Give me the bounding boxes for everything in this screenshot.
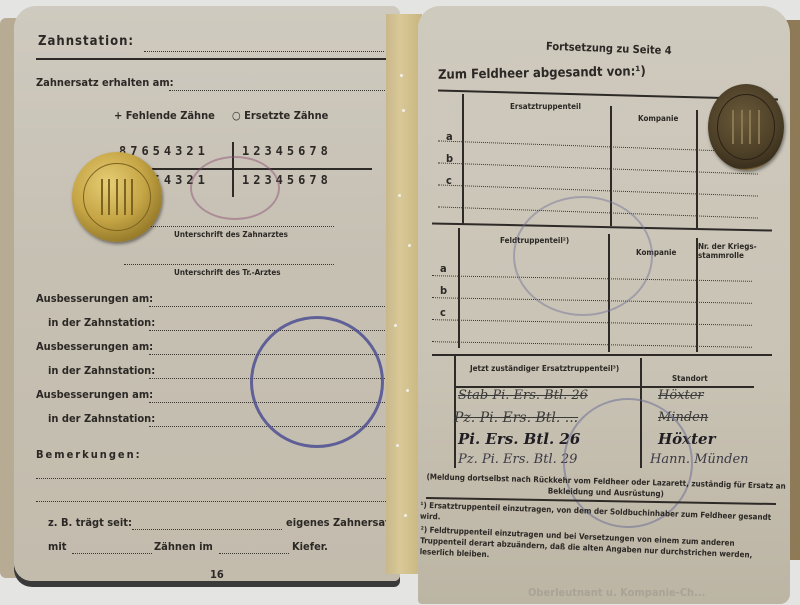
page-number: 16 — [210, 568, 224, 581]
repair-2-label: Ausbesserungen am: — [36, 340, 153, 353]
repair-1-line — [149, 306, 387, 307]
unit-entry-2: Pz. Pi. Ers. Btl. ... — [454, 410, 578, 426]
table3-header-location: Standort — [672, 374, 708, 383]
table1-header-company: Kompanie — [638, 114, 678, 123]
dentist-signature-label: Unterschrift des Zahnarztes — [174, 230, 288, 239]
remarks-line-1 — [36, 478, 388, 479]
repair-3-label: Ausbesserungen am: — [36, 388, 153, 401]
table2-row-c: c — [440, 306, 446, 319]
remarks-line-2 — [36, 501, 388, 502]
legend-missing: + Fehlende Zähne — [114, 109, 215, 122]
with-label: mit — [48, 540, 66, 553]
unit-entry-4: Pz. Pi. Ers. Btl. 29 — [458, 452, 577, 467]
coin-left — [72, 152, 162, 242]
coin-right — [708, 84, 784, 170]
table2-row-b: b — [440, 284, 447, 297]
teeth-in-label: Zähnen im — [154, 540, 213, 553]
dentist-signature-line — [124, 226, 334, 227]
teeth-upper-right: 12345678 — [242, 144, 332, 158]
table3-header-unit: Jetzt zuständiger Ersatztruppenteil³) — [470, 364, 619, 373]
denture-received-line — [169, 90, 387, 91]
photo-scene: Zahnstation: Zahnersatz erhalten am: + F… — [0, 0, 800, 605]
left-page: Zahnstation: Zahnersatz erhalten am: + F… — [14, 6, 400, 581]
continuation-label: Fortsetzung zu Seite 4 — [546, 40, 672, 57]
denture-received-label: Zahnersatz erhalten am: — [36, 76, 174, 89]
remarks-label: Bemerkungen: — [36, 448, 142, 461]
troop-doctor-signature-line — [124, 264, 334, 265]
teeth-count-line — [72, 553, 152, 554]
cut-off-signature-text: Oberleutnant u. Kompanie-Ch... — [528, 586, 705, 599]
location-entry-1: Höxter — [658, 388, 704, 403]
faint-blue-stamp-upper — [513, 196, 653, 316]
field-army-title: Zum Feldheer abgesandt von:¹) — [438, 64, 646, 83]
repair-1-label: Ausbesserungen am: — [36, 292, 153, 305]
repair-3-station-label: in der Zahnstation: — [48, 412, 155, 425]
dental-station-title: Zahnstation: — [38, 34, 134, 49]
troop-doctor-signature-label: Unterschrift des Tr.-Arztes — [174, 268, 281, 277]
table2-row-a: a — [440, 262, 447, 275]
wears-since-line — [132, 529, 282, 530]
dental-station-line — [144, 51, 384, 52]
blue-round-stamp-left — [250, 316, 384, 448]
table2-header-roll: Nr. der Kriegs-stammrolle — [698, 242, 758, 260]
repair-1-station-label: in der Zahnstation: — [48, 316, 155, 329]
repair-2-station-label: in der Zahnstation: — [48, 364, 155, 377]
table3-top-rule — [432, 354, 772, 356]
book-spine — [386, 14, 422, 574]
faint-purple-stamp — [190, 156, 280, 220]
table1-header-unit: Ersatztruppenteil — [510, 102, 581, 111]
unit-entry-3: Pi. Ers. Btl. 26 — [458, 430, 580, 448]
wears-since-label: z. B. trägt seit: — [48, 516, 132, 529]
unit-entry-1: Stab Pi. Ers. Btl. 26 — [458, 388, 588, 403]
jaw-line — [219, 553, 289, 554]
jaw-label: Kiefer. — [292, 540, 328, 553]
legend-replaced: ○ Ersetzte Zähne — [232, 109, 328, 122]
title-rule — [36, 58, 388, 60]
